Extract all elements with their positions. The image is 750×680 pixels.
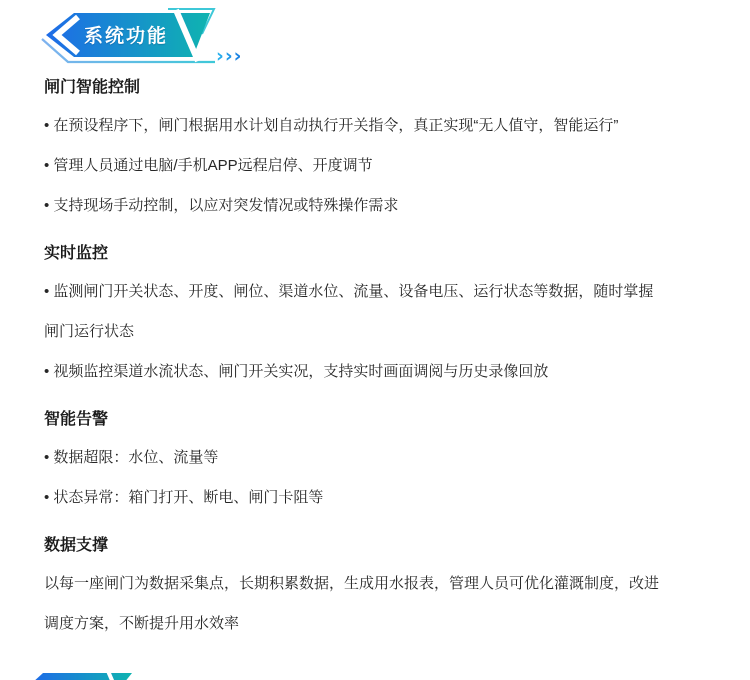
section: 闸门智能控制在预设程序下，闸门根据用水计划自动执行开关指令，真正实现“无人值守，… — [44, 74, 666, 226]
section-paragraph: 以每一座闸门为数据采集点，长期积累数据，生成用水报表，管理人员可优化灌溉制度，改… — [44, 564, 666, 644]
ribbon-banner-partial-icon — [30, 673, 140, 680]
section-heading: 闸门智能控制 — [44, 74, 666, 102]
bullet-item: 视频监控渠道水流状态、闸门开关实况，支持实时画面调阅与历史录像回放 — [44, 352, 666, 392]
bullet-list: 在预设程序下，闸门根据用水计划自动执行开关指令，真正实现“无人值守，智能运行”管… — [44, 106, 666, 226]
content: 闸门智能控制在预设程序下，闸门根据用水计划自动执行开关指令，真正实现“无人值守，… — [44, 70, 666, 644]
page: 系统功能 ››› 闸门智能控制在预设程序下，闸门根据用水计划自动执行开关指令，真… — [0, 0, 750, 680]
bullet-item: 监测闸门开关状态、开度、闸位、渠道水位、流量、设备电压、运行状态等数据，随时掌握… — [44, 272, 666, 352]
bullet-item: 在预设程序下，闸门根据用水计划自动执行开关指令，真正实现“无人值守，智能运行” — [44, 106, 666, 146]
section-heading: 数据支撑 — [44, 532, 666, 560]
section-heading: 实时监控 — [44, 240, 666, 268]
bullet-list: 监测闸门开关状态、开度、闸位、渠道水位、流量、设备电压、运行状态等数据，随时掌握… — [44, 272, 666, 392]
section-heading: 智能告警 — [44, 406, 666, 434]
bullet-list: 数据超限：水位、流量等状态异常：箱门打开、断电、闸门卡阻等 — [44, 438, 666, 518]
chevrons-icon: ››› — [216, 46, 243, 66]
badge-label: 系统功能 — [66, 23, 186, 51]
section: 实时监控监测闸门开关状态、开度、闸位、渠道水位、流量、设备电压、运行状态等数据，… — [44, 240, 666, 392]
bullet-item: 数据超限：水位、流量等 — [44, 438, 666, 478]
section: 智能告警数据超限：水位、流量等状态异常：箱门打开、断电、闸门卡阻等 — [44, 406, 666, 518]
section: 数据支撑以每一座闸门为数据采集点，长期积累数据，生成用水报表，管理人员可优化灌溉… — [44, 532, 666, 644]
next-section-badge-partial — [30, 670, 140, 680]
bullet-item: 管理人员通过电脑/手机APP远程启停、开度调节 — [44, 146, 666, 186]
bullet-item: 支持现场手动控制，以应对突发情况或特殊操作需求 — [44, 186, 666, 226]
bullet-item: 状态异常：箱门打开、断电、闸门卡阻等 — [44, 478, 666, 518]
